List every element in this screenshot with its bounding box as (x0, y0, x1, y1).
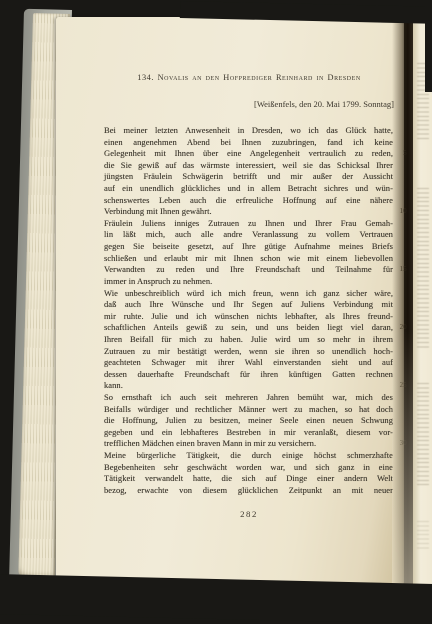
body-line: Meine bürgerliche Tätigkeit, die durch e… (104, 450, 393, 462)
body-line-text: jüngsten Fräulein Schwägerin betrifft un… (104, 171, 393, 181)
body-line-text: auf ein unendlich glückliches und in all… (104, 183, 393, 193)
body-line: schließen und erlaubt mir mit Ihnen scho… (104, 253, 393, 265)
body-line: geachteten Schwager mit ihrer Wahl einve… (104, 357, 393, 369)
body-line: auf ein unendlich glückliches und in all… (104, 183, 393, 195)
book-page: 134. Novalis an den Hofprediger Reinhard… (56, 17, 404, 584)
letter-heading: 134. Novalis an den Hofprediger Reinhard… (104, 73, 394, 82)
body-line-text: Fräulein Juliens inniges Zutrauen zu Ihn… (104, 218, 393, 228)
gutter-shadow (392, 17, 414, 584)
body-line: jüngsten Fräulein Schwägerin betrifft un… (104, 171, 393, 183)
body-line: immer in Anspruch zu nehmen. (104, 276, 393, 288)
body-line-text: gegen Sie beiseite gesetzt, auf Ihre güt… (104, 241, 393, 251)
body-line: Ihren Beifall für mich zu haben. Julie w… (104, 334, 393, 346)
body-line-text: schaftlichen Anteils gewiß zu sein, und … (104, 322, 393, 332)
body-line: Begebenheiten sehr geschwächt worden war… (104, 462, 393, 474)
facing-page-text-blur (417, 188, 429, 348)
facing-page-text-blur (417, 383, 429, 488)
facing-page-edge (413, 23, 432, 587)
letter-body: Bei meiner letzten Anwesenheit in Dresde… (104, 125, 393, 497)
letter-dateline: [Weißenfels, den 20. Mai 1799. Sonntag] (104, 99, 394, 109)
body-line-text: schenswertes Leben auch die erfreuliche … (104, 195, 393, 205)
body-line: Fräulein Juliens inniges Zutrauen zu Ihn… (104, 218, 393, 230)
right-edge-shadow (425, 0, 432, 92)
scan-background: 134. Novalis an den Hofprediger Reinhard… (0, 0, 432, 600)
body-line: die Hoffnung, Julien zu besitzen, meiner… (104, 415, 393, 427)
body-line-text: Ihren Beifall für mich zu haben. Julie w… (104, 334, 393, 344)
body-line-text: Verbindung mit Ihnen gewährt. (104, 206, 212, 216)
body-line: dessen dauerhafte Freundschaft für ihren… (104, 369, 393, 381)
facing-page-text-blur (417, 521, 429, 551)
body-line: mir ruhte. Julie und ich wünschen nichts… (104, 311, 393, 323)
body-line: Bei meiner letzten Anwesenheit in Dresde… (104, 125, 393, 137)
body-line: Beifalls würdiger und rechtlicher Männer… (104, 404, 393, 416)
body-line: Wie unbeschreiblich würd ich mich freun,… (104, 288, 393, 300)
body-line: So ernsthaft ich auch seit mehreren Jahr… (104, 392, 393, 404)
body-line: einen angenehmen Abend bei Ihnen zuzubri… (104, 137, 393, 149)
body-line: Zutrauen zu mir bestätigt werden, wenn s… (104, 346, 393, 358)
body-line-text: schließen und erlaubt mir mit Ihnen scho… (104, 253, 393, 263)
body-line: schenswertes Leben auch die erfreuliche … (104, 195, 393, 207)
body-line-text: Zutrauen zu mir bestätigt werden, wenn s… (104, 346, 393, 356)
body-line: trefflichen Mädchen einen braven Mann in… (104, 438, 393, 450)
body-line: gegen Sie beiseite gesetzt, auf Ihre güt… (104, 241, 393, 253)
body-line: schaftlichen Anteils gewiß zu sein, und … (104, 322, 393, 334)
body-line-text: die Sie gewiß auf das wärmste interessie… (104, 160, 393, 170)
body-line-text: Tätigkeit verwandelt hatte, die sich auf… (104, 473, 393, 483)
body-line-text: kann. (104, 380, 123, 390)
body-line: Gelegenheit mit Ihnen über eine Angelege… (104, 148, 393, 160)
body-line: die Sie gewiß auf das wärmste interessie… (104, 160, 393, 172)
body-line: lin läßt mich, auch alle andre Veranlass… (104, 229, 393, 241)
body-line-text: Beifalls würdiger und rechtlicher Männer… (104, 404, 393, 414)
body-line-text: Wie unbeschreiblich würd ich mich freun,… (104, 288, 393, 298)
body-line: gegeben und ein lebhafteres Bestreben in… (104, 427, 393, 439)
body-line-text: geachteten Schwager mit ihrer Wahl einve… (104, 357, 393, 367)
body-line-text: einen angenehmen Abend bei Ihnen zuzubri… (104, 137, 393, 147)
body-line-text: dessen dauerhafte Freundschaft für ihren… (104, 369, 393, 379)
body-line: Verbindung mit Ihnen gewährt.10 (104, 206, 393, 218)
body-line: Verwandten zu reden und Ihre Freundschaf… (104, 264, 393, 276)
body-line-text: gegeben und ein lebhafteres Bestreben in… (104, 427, 393, 437)
body-line-text: Bei meiner letzten Anwesenheit in Dresde… (104, 125, 393, 135)
body-line-text: Begebenheiten sehr geschwächt worden war… (104, 462, 393, 472)
body-line-text: Gelegenheit mit Ihnen über eine Angelege… (104, 148, 393, 158)
body-line: kann.25 (104, 380, 393, 392)
body-line-text: lin läßt mich, auch alle andre Veranlass… (104, 229, 393, 239)
body-line-text: Meine bürgerliche Tätigkeit, die durch e… (104, 450, 393, 460)
body-line: Tätigkeit verwandelt hatte, die sich auf… (104, 473, 393, 485)
body-line-text: immer in Anspruch zu nehmen. (104, 276, 212, 286)
body-line-text: die Hoffnung, Julien zu besitzen, meiner… (104, 415, 393, 425)
body-line-text: mir ruhte. Julie und ich wünschen nichts… (104, 311, 393, 321)
body-line: daß auch Ihre Wünsche und Ihr Segen auf … (104, 299, 393, 311)
page-number: 282 (104, 509, 394, 519)
body-line-text: Verwandten zu reden und Ihre Freundschaf… (104, 264, 393, 274)
body-line-text: daß auch Ihre Wünsche und Ihr Segen auf … (104, 299, 393, 309)
body-line: bezog, erwachte von diesem glücklichen Z… (104, 485, 393, 497)
body-line-text: trefflichen Mädchen einen braven Mann in… (104, 438, 316, 448)
body-line-text: bezog, erwachte von diesem glücklichen Z… (104, 485, 393, 495)
body-line-text: So ernsthaft ich auch seit mehreren Jahr… (104, 392, 393, 402)
